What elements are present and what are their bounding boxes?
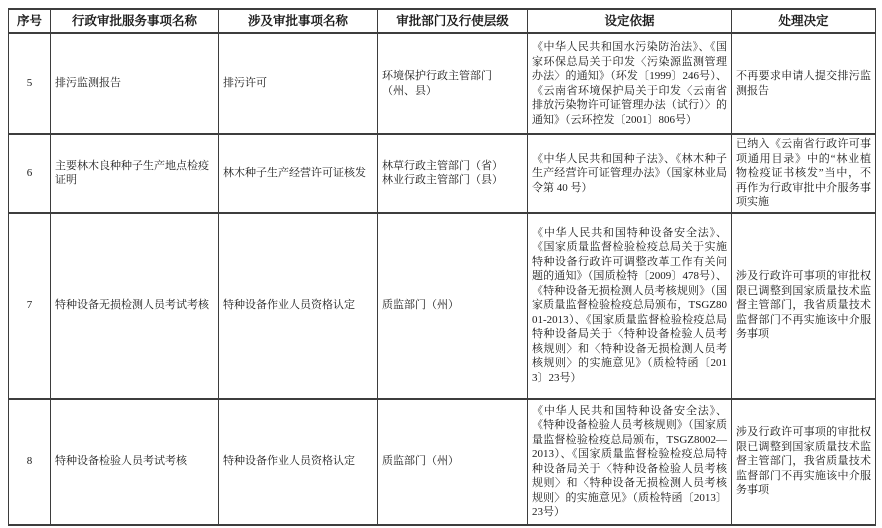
cell-basis: 《中华人民共和国种子法》、《林木种子生产经营许可证管理办法》（国家林业局令第 4… [528, 134, 732, 213]
cell-basis: 《中华人民共和国特种设备安全法》、《特种设备检验人员考核规则》（国家质量监督检验… [528, 399, 732, 525]
header-cell-service-name: 行政审批服务事项名称 [51, 9, 219, 33]
table-row: 6 主要林木良种种子生产地点检疫证明 林木种子生产经营许可证核发 林草行政主管部… [9, 134, 876, 213]
cell-serial-number: 8 [9, 399, 51, 525]
cell-serial-number: 5 [9, 33, 51, 134]
cell-service-name: 特种设备检验人员考试考核 [51, 399, 219, 525]
cell-department: 环境保护行政主管部门（州、县） [378, 33, 528, 134]
cell-approval-item: 排污许可 [219, 33, 378, 134]
header-cell-decision: 处理决定 [732, 9, 876, 33]
document-page: 序号 行政审批服务事项名称 涉及审批事项名称 审批部门及行使层级 设定依据 处理… [0, 0, 882, 528]
cell-serial-number: 7 [9, 213, 51, 399]
cell-decision: 涉及行政许可事项的审批权限已调整到国家质量技术监督主管部门，我省质量技术监督部门… [732, 213, 876, 399]
cell-department: 质监部门（州） [378, 213, 528, 399]
cell-department: 质监部门（州） [378, 399, 528, 525]
cell-serial-number: 6 [9, 134, 51, 213]
header-row: 序号 行政审批服务事项名称 涉及审批事项名称 审批部门及行使层级 设定依据 处理… [9, 9, 876, 33]
cell-service-name: 特种设备无损检测人员考试考核 [51, 213, 219, 399]
approval-items-table: 序号 行政审批服务事项名称 涉及审批事项名称 审批部门及行使层级 设定依据 处理… [8, 8, 876, 526]
cell-service-name: 主要林木良种种子生产地点检疫证明 [51, 134, 219, 213]
cell-basis: 《中华人民共和国特种设备安全法》、《国家质量监督检验检疫总局关于实施特种设备行政… [528, 213, 732, 399]
cell-service-name: 排污监测报告 [51, 33, 219, 134]
header-cell-no: 序号 [9, 9, 51, 33]
cell-approval-item: 特种设备作业人员资格认定 [219, 213, 378, 399]
header-cell-basis: 设定依据 [528, 9, 732, 33]
table-row: 5 排污监测报告 排污许可 环境保护行政主管部门（州、县） 《中华人民共和国水污… [9, 33, 876, 134]
header-cell-department: 审批部门及行使层级 [378, 9, 528, 33]
cell-approval-item: 林木种子生产经营许可证核发 [219, 134, 378, 213]
table-row: 8 特种设备检验人员考试考核 特种设备作业人员资格认定 质监部门（州） 《中华人… [9, 399, 876, 525]
cell-department: 林草行政主管部门（省） 林业行政主管部门（县） [378, 134, 528, 213]
cell-decision: 已纳入《云南省行政许可事项通用目录》中的“林业植物检疫证书核发”当中，不再作为行… [732, 134, 876, 213]
cell-approval-item: 特种设备作业人员资格认定 [219, 399, 378, 525]
table-row: 7 特种设备无损检测人员考试考核 特种设备作业人员资格认定 质监部门（州） 《中… [9, 213, 876, 399]
cell-decision: 涉及行政许可事项的审批权限已调整到国家质量技术监督主管部门，我省质量技术监督部门… [732, 399, 876, 525]
header-cell-approval-item: 涉及审批事项名称 [219, 9, 378, 33]
cell-basis: 《中华人民共和国水污染防治法》、《国家环保总局关于印发〈污染源监测管理办法〉的通… [528, 33, 732, 134]
cell-decision: 不再要求申请人提交排污监测报告 [732, 33, 876, 134]
